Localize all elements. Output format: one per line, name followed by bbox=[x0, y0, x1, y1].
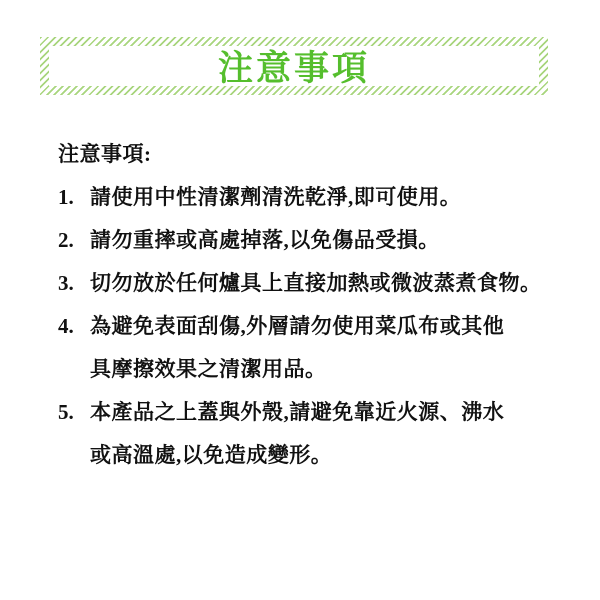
item-text-line: 切勿放於任何爐具上直接加熱或微波蒸煮食物。 bbox=[90, 262, 554, 305]
item-text-line: 請勿重摔或高處掉落,以免傷品受損。 bbox=[90, 219, 554, 262]
item-number: 3. bbox=[58, 262, 90, 305]
notice-body: 注意事項: 1. 請使用中性清潔劑清洗乾淨,即可使用。 2. 請勿重摔或高處掉落… bbox=[58, 133, 554, 477]
list-item: 2. 請勿重摔或高處掉落,以免傷品受損。 bbox=[58, 219, 554, 262]
item-text: 為避免表面刮傷,外層請勿使用菜瓜布或其他 具摩擦效果之清潔用品。 bbox=[90, 305, 554, 391]
header-hatched-border-box: 注意事項 bbox=[40, 37, 548, 95]
list-item: 4. 為避免表面刮傷,外層請勿使用菜瓜布或其他 具摩擦效果之清潔用品。 bbox=[58, 305, 554, 391]
item-number: 2. bbox=[58, 219, 90, 262]
item-text: 本產品之上蓋與外殼,請避免靠近火源、沸水 或高溫處,以免造成變形。 bbox=[90, 391, 554, 477]
item-text-line: 請使用中性清潔劑清洗乾淨,即可使用。 bbox=[90, 176, 554, 219]
list-item: 5. 本產品之上蓋與外殼,請避免靠近火源、沸水 或高溫處,以免造成變形。 bbox=[58, 391, 554, 477]
item-text-line: 本產品之上蓋與外殼,請避免靠近火源、沸水 bbox=[90, 391, 554, 434]
item-text: 請使用中性清潔劑清洗乾淨,即可使用。 bbox=[90, 176, 554, 219]
item-text: 請勿重摔或高處掉落,以免傷品受損。 bbox=[90, 219, 554, 262]
item-text-line: 或高溫處,以免造成變形。 bbox=[90, 434, 554, 477]
body-heading: 注意事項: bbox=[58, 133, 554, 176]
item-text-line: 具摩擦效果之清潔用品。 bbox=[90, 348, 554, 391]
header-inner-panel: 注意事項 bbox=[49, 46, 539, 86]
notice-page: 注意事項 注意事項: 1. 請使用中性清潔劑清洗乾淨,即可使用。 2. 請勿重摔… bbox=[0, 0, 600, 600]
item-number: 1. bbox=[58, 176, 90, 219]
item-text-line: 為避免表面刮傷,外層請勿使用菜瓜布或其他 bbox=[90, 305, 554, 348]
item-number: 4. bbox=[58, 305, 90, 348]
item-number: 5. bbox=[58, 391, 90, 434]
list-item: 1. 請使用中性清潔劑清洗乾淨,即可使用。 bbox=[58, 176, 554, 219]
list-item: 3. 切勿放於任何爐具上直接加熱或微波蒸煮食物。 bbox=[58, 262, 554, 305]
item-text: 切勿放於任何爐具上直接加熱或微波蒸煮食物。 bbox=[90, 262, 554, 305]
page-title: 注意事項 bbox=[218, 51, 370, 86]
